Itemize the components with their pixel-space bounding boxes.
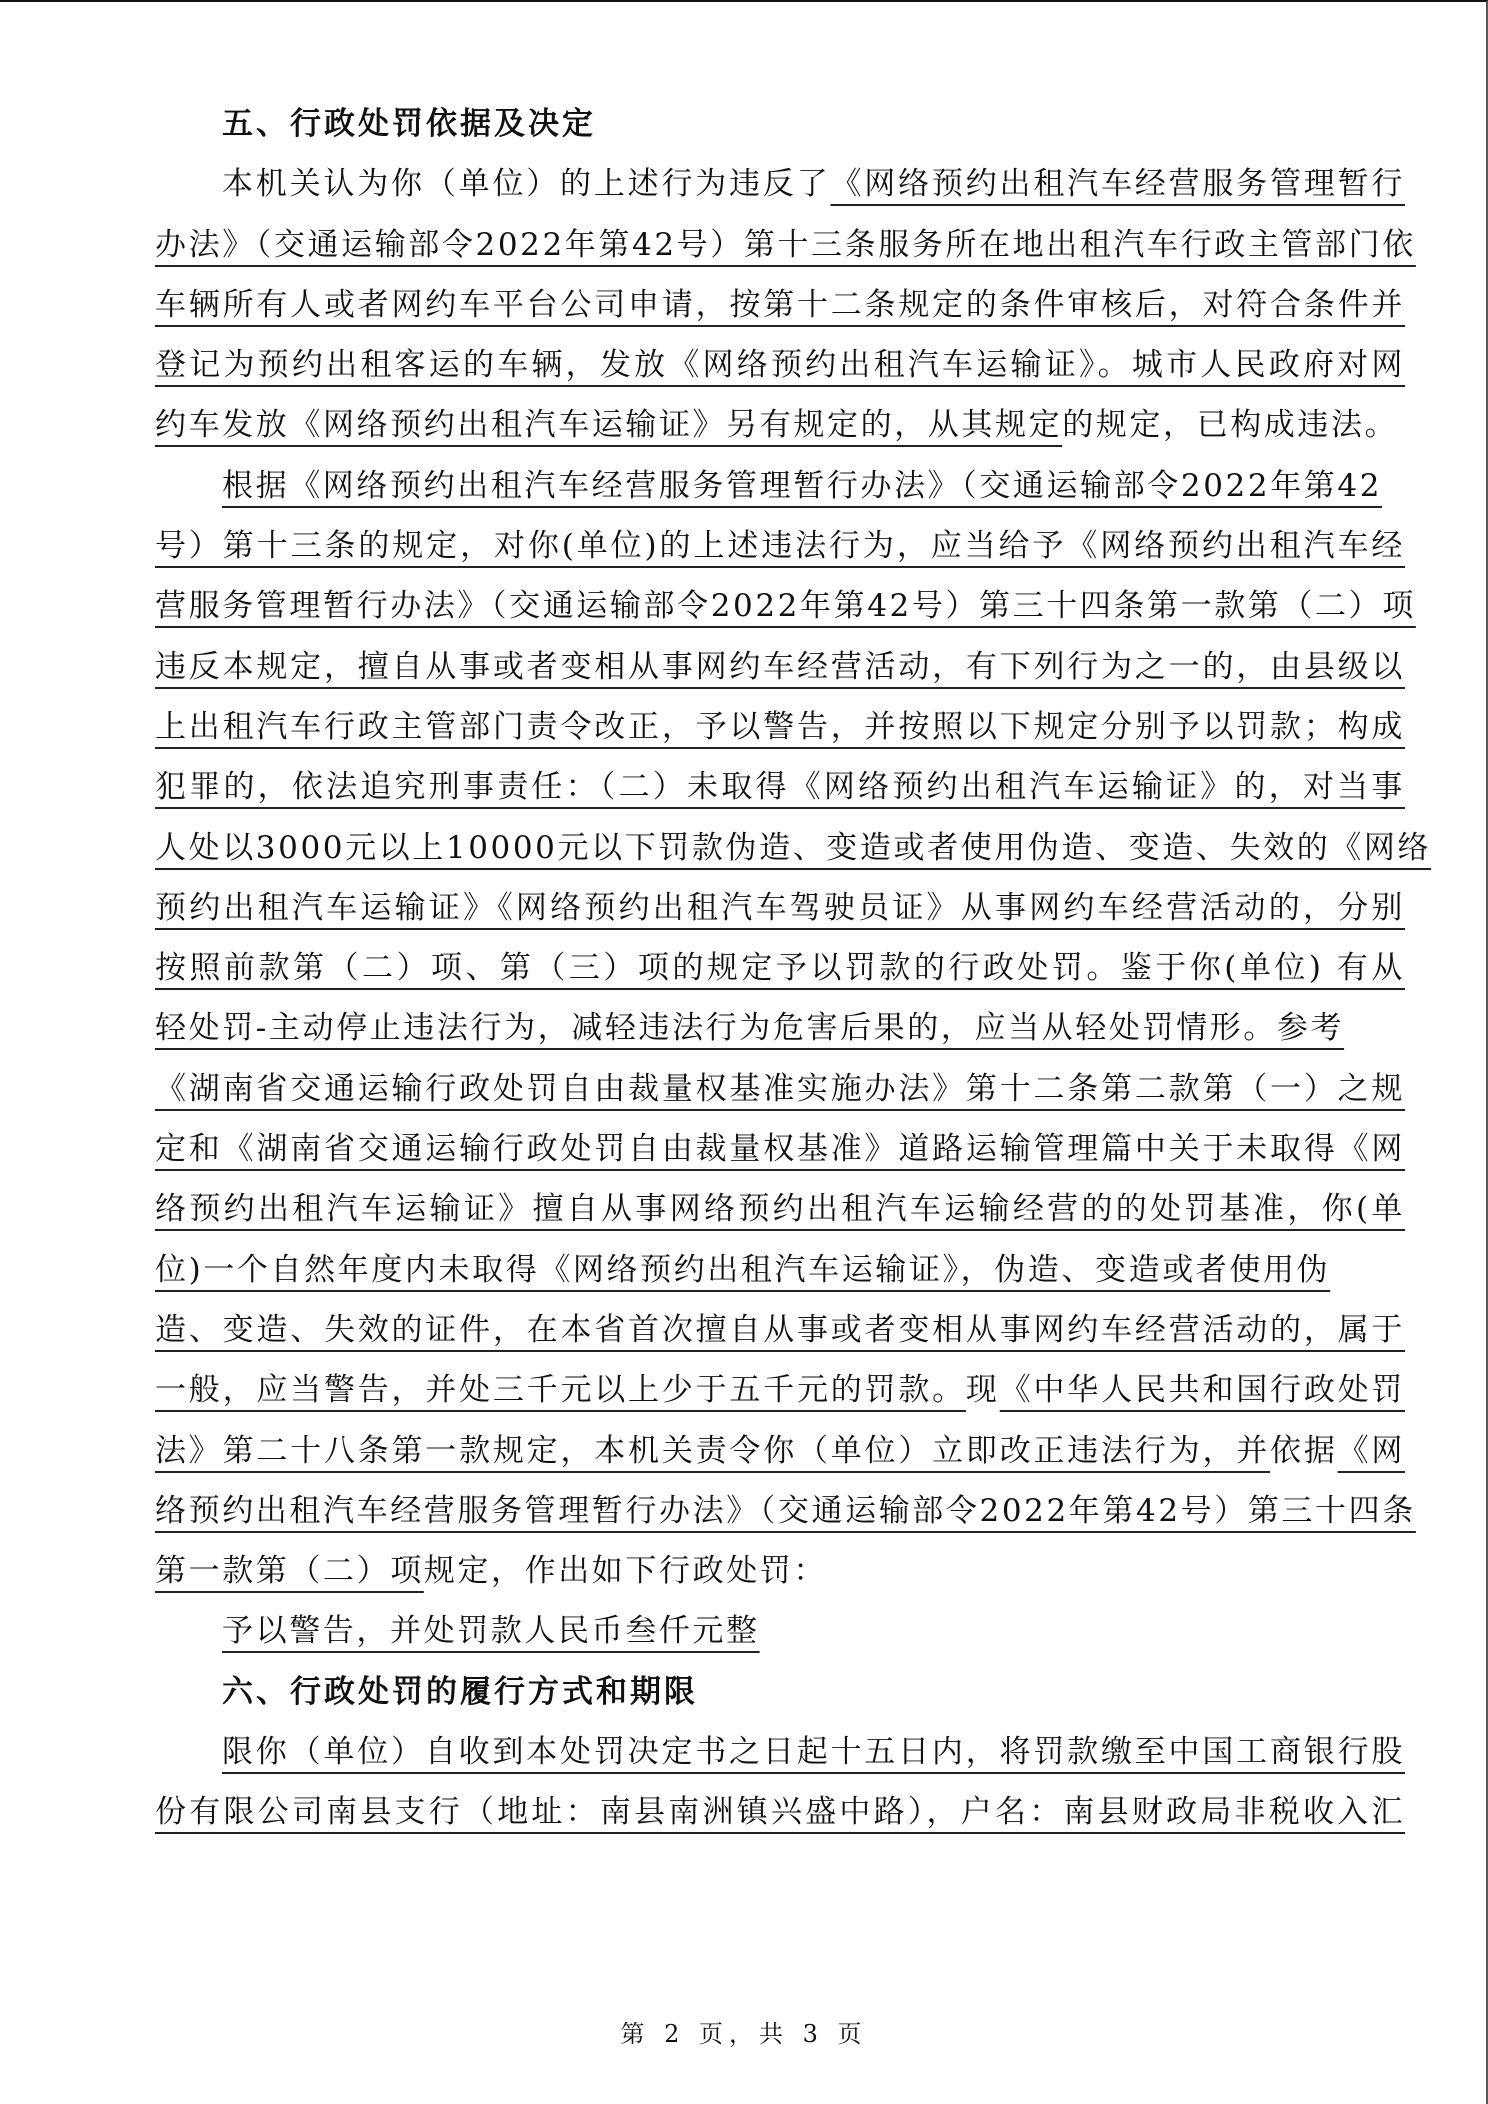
text-line: 限你（单位）自收到本处罚决定书之日起十五日内，将罚款缴至中国工商银行股 [155,1722,1405,1782]
text-line: 预约出租汽车运输证》《网络预约出租汽车驾驶员证》从事网约车经营活动的，分别 [155,878,1405,938]
section-heading: 六、行政处罚的履行方式和期限 [155,1662,1405,1722]
text-line: 份有限公司南县支行（地址：南县南洲镇兴盛中路），户名：南县财政局非税收入汇 [155,1782,1405,1842]
text-line: 车辆所有人或者网约车平台公司申请，按第十二条规定的条件审核后，对符合条件并 [155,275,1405,335]
underlined-text-segment: 轻处罚-主动停止违法行为，减轻违法行为危害后果的，应当从轻处罚情形。参考 [155,1010,1344,1046]
text-line: 络预约出租汽车运输证》擅自从事网络预约出租汽车运输经营的的处罚基准，你(单 [155,1179,1405,1239]
underlined-text-segment: 人处以3000元以上10000元以下罚款伪造、变造或者使用伪造、变造、失效的《网… [155,830,1431,866]
underlined-text-segment: 号）第十三条的规定，对你(单位)的上述违法行为，应当给予《网络预约出租汽车经 [155,528,1405,564]
underlined-text-segment: 法》第二十八条第一款规定，本机关责令你（单位）立即改正违法行为，并 [155,1433,1270,1469]
text-line: 一般，应当警告，并处三千元以上少于五千元的罚款。现《中华人民共和国行政处罚 [155,1360,1405,1420]
underlined-text-segment: 根据《网络预约出租汽车经营服务管理暂行办法》（交通运输部令2022年第42 [222,468,1382,504]
text-line: 予以警告，并处罚款人民币叁仟元整 [155,1601,1405,1661]
underlined-text-segment: 登记为预约出租客运的车辆，发放《网络预约出租汽车运输证》。城市人民政府对网 [155,347,1405,383]
text-segment: 现 [966,1372,1000,1408]
text-segment: 的规定，已构成违法。 [1062,407,1398,443]
text-line: 上出租汽车行政主管部门责令改正，予以警告，并按照以下规定分别予以罚款；构成 [155,697,1405,757]
text-line: 犯罪的，依法追究刑事责任：（二）未取得《网络预约出租汽车运输证》的，对当事 [155,757,1405,817]
underlined-text-segment: 予以警告，并处罚款人民币叁仟元整 [222,1613,760,1649]
text-line: 号）第十三条的规定，对你(单位)的上述违法行为，应当给予《网络预约出租汽车经 [155,516,1405,576]
underlined-text-segment: 份有限公司南县支行（地址：南县南洲镇兴盛中路），户名：南县财政局非税收入汇 [155,1794,1405,1830]
text-line: 《湖南省交通运输行政处罚自由裁量权基准实施办法》第十二条第二款第（一）之规 [155,1059,1405,1119]
underlined-text-segment: 限你（单位）自收到本处罚决定书之日起十五日内，将罚款缴至中国工商银行股 [222,1734,1405,1770]
text-line: 法》第二十八条第一款规定，本机关责令你（单位）立即改正违法行为，并依据《网 [155,1421,1405,1481]
text-line: 根据《网络预约出租汽车经营服务管理暂行办法》（交通运输部令2022年第42 [155,456,1405,516]
text-segment: 规定，作出如下行政处罚： [424,1553,827,1589]
text-line: 轻处罚-主动停止违法行为，减轻违法行为危害后果的，应当从轻处罚情形。参考 [155,998,1405,1058]
underlined-text-segment: 办法》（交通运输部令2022年第42号）第十三条服务所在地出租汽车行政主管部门依 [155,227,1416,263]
text-line: 登记为预约出租客运的车辆，发放《网络预约出租汽车运输证》。城市人民政府对网 [155,335,1405,395]
underlined-text-segment: 按照前款第（二）项、第（三）项的规定予以罚款的行政处罚。鉴于你(单位) 有从 [155,950,1405,986]
section-heading: 五、行政处罚依据及决定 [155,94,1405,154]
text-line: 办法》（交通运输部令2022年第42号）第十三条服务所在地出租汽车行政主管部门依 [155,215,1405,275]
text-segment: 依据 [1270,1433,1338,1469]
text-line: 位)一个自然年度内未取得《网络预约出租汽车运输证》，伪造、变造或者使用伪 [155,1240,1405,1300]
document-body: 五、行政处罚依据及决定本机关认为你（单位）的上述行为违反了《网络预约出租汽车经营… [155,94,1405,1843]
text-line: 约车发放《网络预约出租汽车运输证》另有规定的，从其规定的规定，已构成违法。 [155,395,1405,455]
underlined-text-segment: 《中华人民共和国行政处罚 [1000,1372,1405,1408]
text-line: 本机关认为你（单位）的上述行为违反了《网络预约出租汽车经营服务管理暂行 [155,154,1405,214]
text-line: 定和《湖南省交通运输行政处罚自由裁量权基准》道路运输管理篇中关于未取得《网 [155,1119,1405,1179]
underlined-text-segment: 第一款第（二）项 [155,1553,424,1589]
underlined-text-segment: 络预约出租汽车运输证》擅自从事网络预约出租汽车运输经营的的处罚基准，你(单 [155,1191,1405,1227]
text-line: 络预约出租汽车经营服务管理暂行办法》（交通运输部令2022年第42号）第三十四条 [155,1481,1405,1541]
underlined-text-segment: 预约出租汽车运输证》《网络预约出租汽车驾驶员证》从事网约车经营活动的，分别 [155,890,1405,926]
underlined-text-segment: 一般，应当警告，并处三千元以上少于五千元的罚款。 [155,1372,966,1408]
text-line: 违反本规定，擅自从事或者变相从事网约车经营活动，有下列行为之一的，由县级以 [155,637,1405,697]
text-segment: 本机关认为你（单位）的上述行为违反了 [222,166,831,202]
underlined-text-segment: 约车发放《网络预约出租汽车运输证》另有规定的，从其规定 [155,407,1062,443]
underlined-text-segment: 定和《湖南省交通运输行政处罚自由裁量权基准》道路运输管理篇中关于未取得《网 [155,1131,1405,1167]
underlined-text-segment: 位)一个自然年度内未取得《网络预约出租汽车运输证》，伪造、变造或者使用伪 [155,1252,1330,1288]
underlined-text-segment: 犯罪的，依法追究刑事责任：（二）未取得《网络预约出租汽车运输证》的，对当事 [155,769,1405,805]
text-line: 营服务管理暂行办法》（交通运输部令2022年第42号）第三十四条第一款第（二）项 [155,576,1405,636]
text-line: 人处以3000元以上10000元以下罚款伪造、变造或者使用伪造、变造、失效的《网… [155,818,1405,878]
text-line: 第一款第（二）项规定，作出如下行政处罚： [155,1541,1405,1601]
text-line: 按照前款第（二）项、第（三）项的规定予以罚款的行政处罚。鉴于你(单位) 有从 [155,938,1405,998]
underlined-text-segment: 《湖南省交通运输行政处罚自由裁量权基准实施办法》第十二条第二款第（一）之规 [155,1071,1405,1107]
underlined-text-segment: 车辆所有人或者网约车平台公司申请，按第十二条规定的条件审核后，对符合条件并 [155,287,1405,323]
underlined-text-segment: 违反本规定，擅自从事或者变相从事网约车经营活动，有下列行为之一的，由县级以 [155,649,1405,685]
underlined-text-segment: 营服务管理暂行办法》（交通运输部令2022年第42号）第三十四条第一款第（二）项 [155,588,1416,624]
text-line: 造、变造、失效的证件，在本省首次擅自从事或者变相从事网约车经营活动的，属于 [155,1300,1405,1360]
page-number-footer: 第 2 页，共 3 页 [0,2014,1488,2049]
underlined-text-segment: 造、变造、失效的证件，在本省首次擅自从事或者变相从事网约车经营活动的，属于 [155,1312,1405,1348]
underlined-text-segment: 《网络预约出租汽车经营服务管理暂行 [831,166,1406,202]
underlined-text-segment: 络预约出租汽车经营服务管理暂行办法》（交通运输部令2022年第42号）第三十四条 [155,1493,1416,1529]
document-page: 五、行政处罚依据及决定本机关认为你（单位）的上述行为违反了《网络预约出租汽车经营… [0,0,1488,2104]
underlined-text-segment: 《网 [1338,1433,1405,1469]
underlined-text-segment: 上出租汽车行政主管部门责令改正，予以警告，并按照以下规定分别予以罚款；构成 [155,709,1405,745]
